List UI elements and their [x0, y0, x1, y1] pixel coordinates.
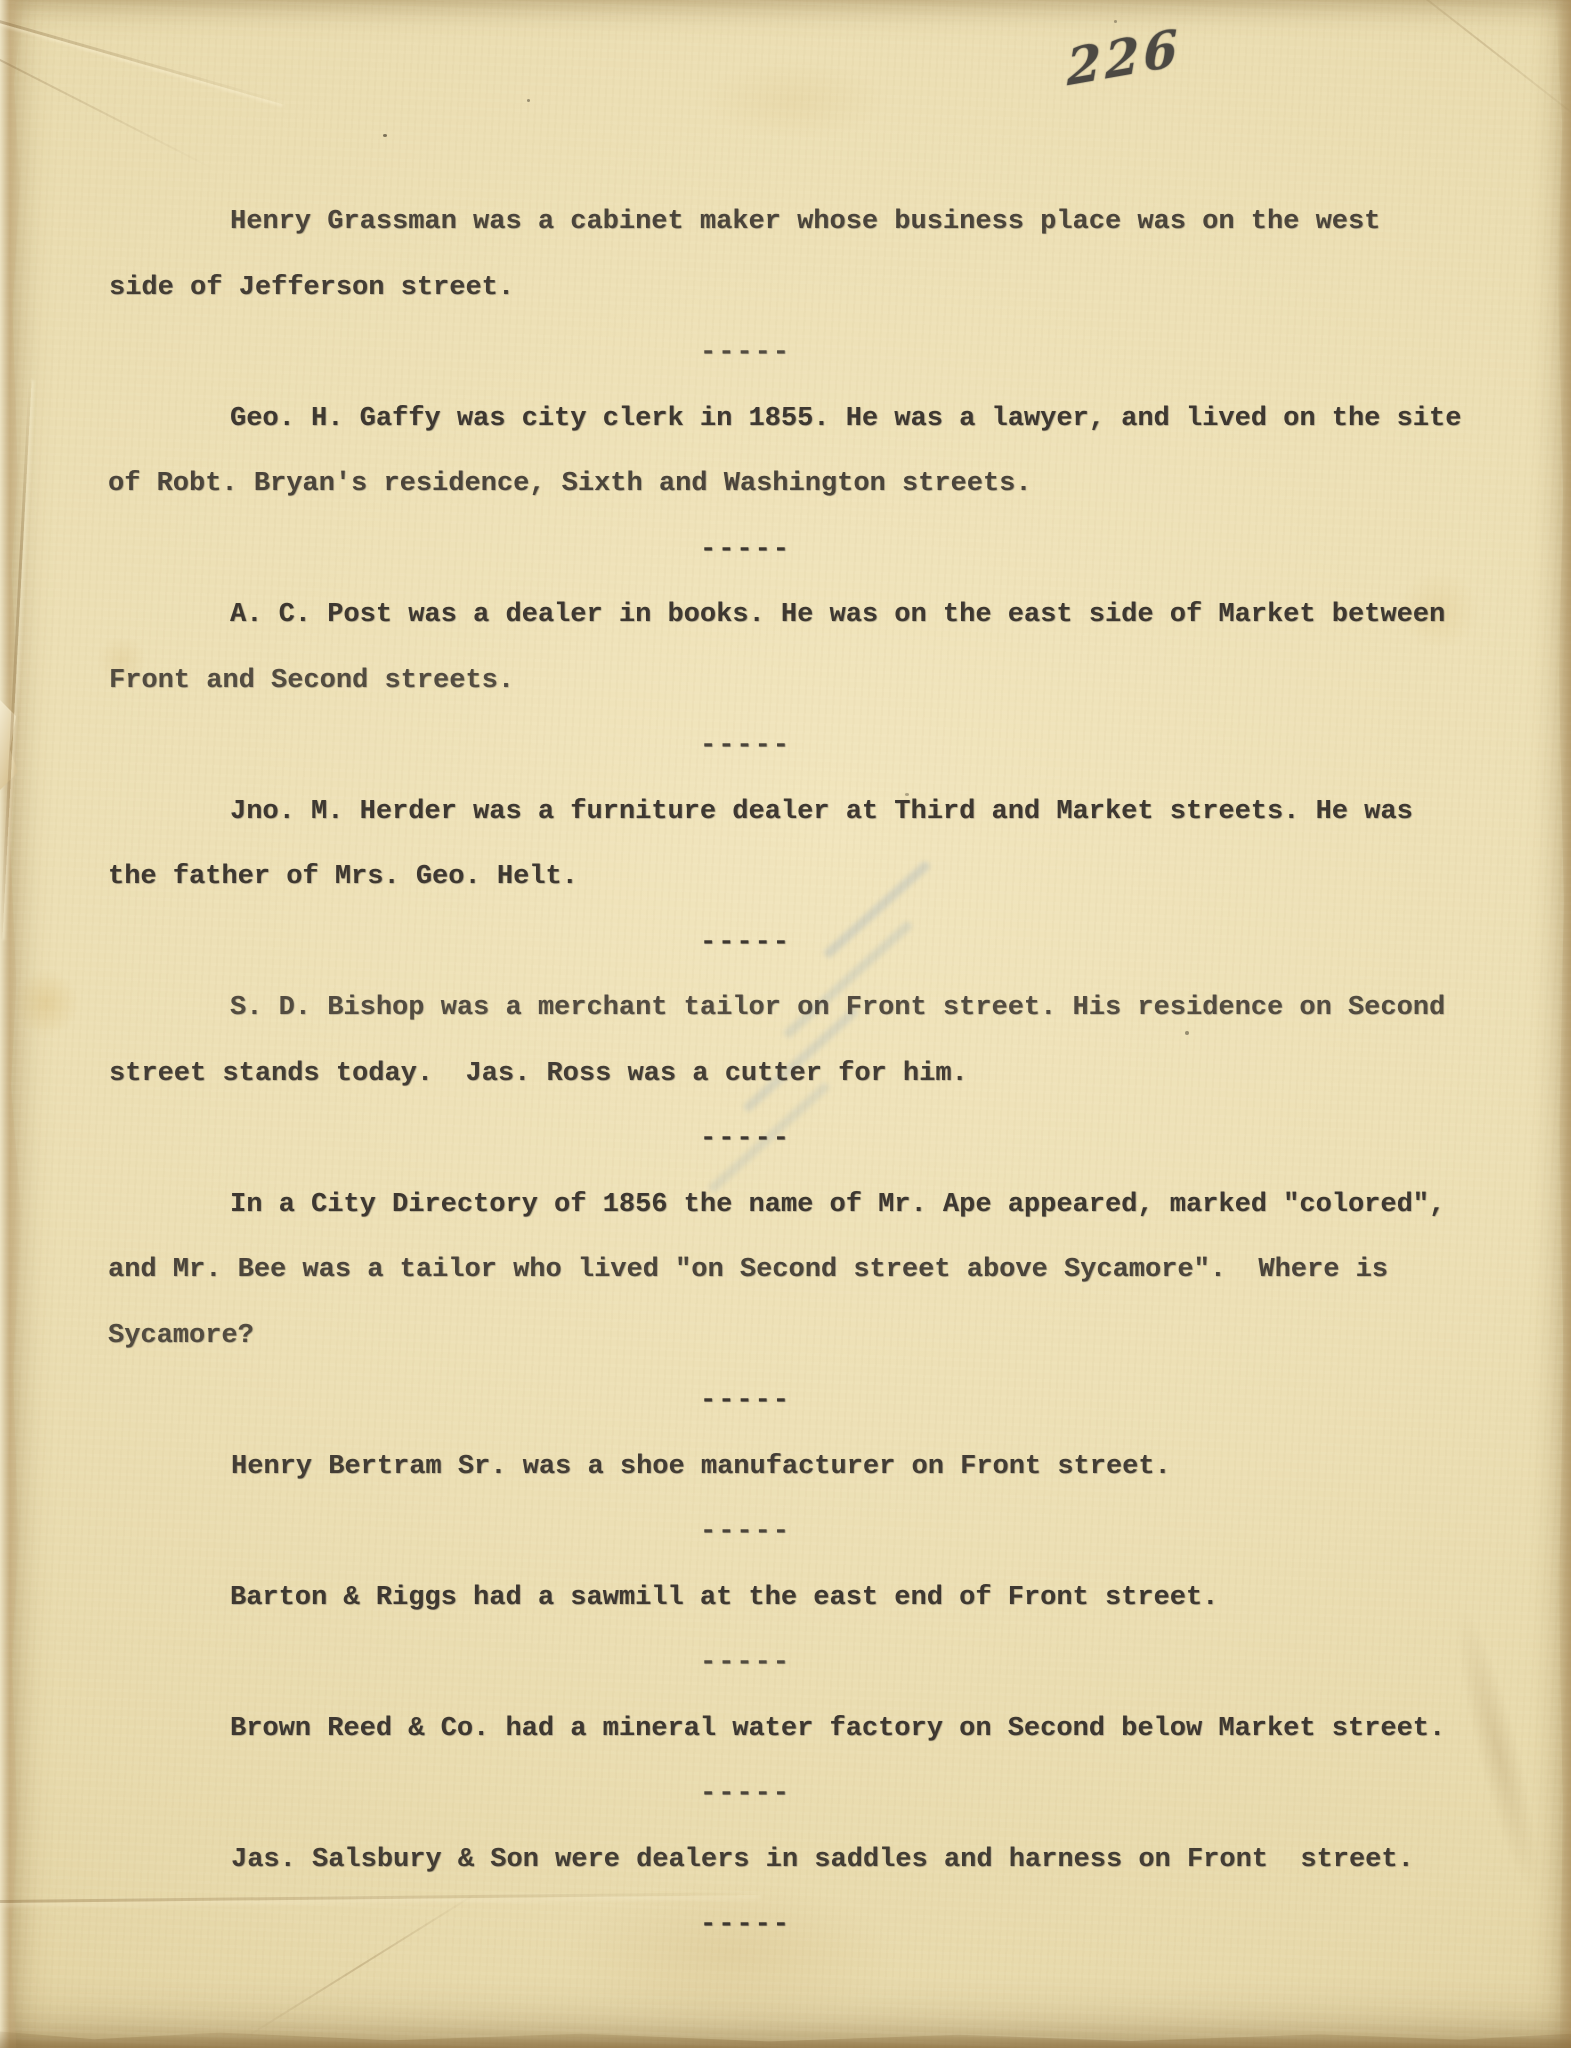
separator-dashes: ----- [108, 1893, 1515, 1959]
text-line: S. D. Bishop was a merchant tailor on Fr… [108, 976, 1515, 1042]
text-line: In a City Directory of 1856 the name of … [108, 1173, 1515, 1239]
separator-dashes: ----- [108, 911, 1515, 977]
text-line: and Mr. Bee was a tailor who lived "on S… [108, 1238, 1515, 1304]
typewritten-text: Henry Grassman was a cabinet maker whose… [108, 190, 1515, 1959]
separator-dashes: ----- [108, 1500, 1515, 1566]
text-line: Jas. Salsbury & Son were dealers in sadd… [109, 1828, 1516, 1894]
text-line: Geo. H. Gaffy was city clerk in 1855. He… [108, 387, 1515, 453]
text-line: A. C. Post was a dealer in books. He was… [108, 583, 1515, 649]
separator-dashes: ----- [108, 1762, 1515, 1828]
text-line: the father of Mrs. Geo. Helt. [108, 845, 1515, 911]
separator-dashes: ----- [108, 518, 1515, 584]
separator-dashes: ----- [108, 714, 1515, 780]
separator-dashes: ----- [108, 1631, 1515, 1697]
text-line: Henry Grassman was a cabinet maker whose… [108, 190, 1515, 256]
document-page: 226 Henry Grassman was a cabinet maker w… [0, 0, 1571, 2048]
text-line: Barton & Riggs had a sawmill at the east… [108, 1566, 1515, 1632]
separator-dashes: ----- [108, 1369, 1515, 1435]
text-line: Brown Reed & Co. had a mineral water fac… [108, 1697, 1515, 1763]
text-line: Front and Second streets. [109, 649, 1516, 715]
separator-dashes: ----- [108, 321, 1515, 387]
text-line: Henry Bertram Sr. was a shoe manufacture… [109, 1435, 1516, 1501]
separator-dashes: ----- [108, 1107, 1515, 1173]
text-line: Sycamore? [108, 1304, 1515, 1370]
text-line: side of Jefferson street. [109, 256, 1516, 322]
text-line: of Robt. Bryan's residence, Sixth and Wa… [108, 452, 1515, 518]
text-line: street stands today. Jas. Ross was a cut… [109, 1042, 1516, 1108]
text-line: Jno. M. Herder was a furniture dealer at… [108, 780, 1515, 846]
